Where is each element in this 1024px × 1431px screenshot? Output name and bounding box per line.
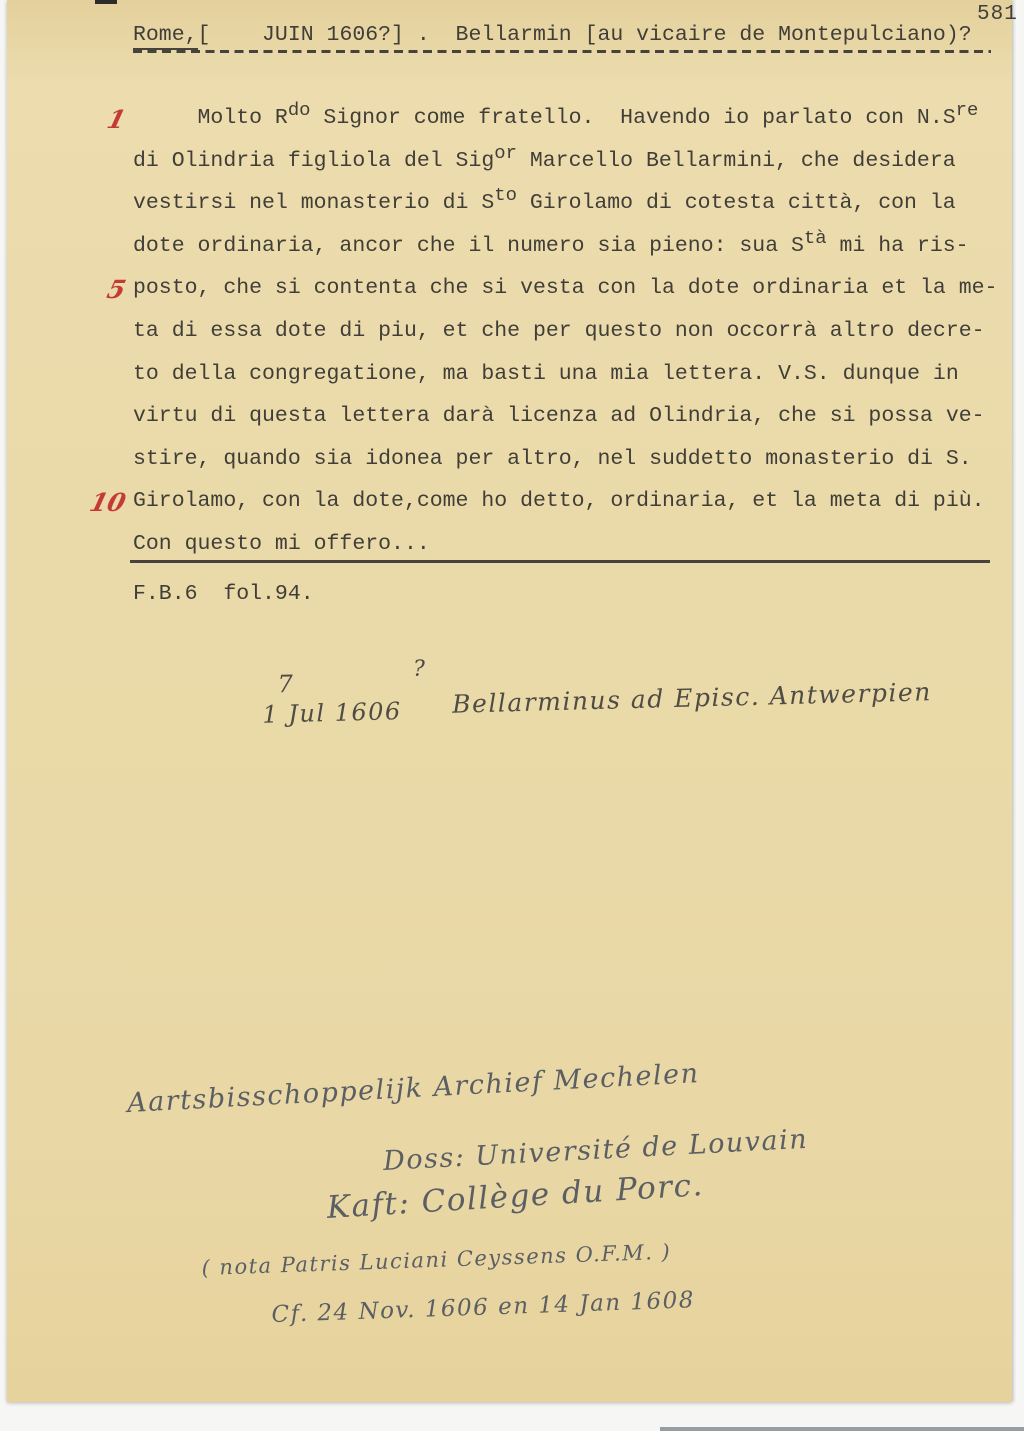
archive-note-line: ( nota Patris Luciani Ceyssens O.F.M. ) [201,1240,671,1280]
archive-note-line: Doss: Université de Louvain [382,1124,808,1177]
archive-note: Aartsbisschoppelijk Archief MechelenDoss… [0,0,1024,1431]
scanned-letter-page: 581 Rome,[ JUIN 1606?] . Bellarmin [au v… [0,0,1024,1431]
archive-note-line: Aartsbisschoppelijk Archief Mechelen [126,1058,700,1119]
archive-note-line: Cf. 24 Nov. 1606 en 14 Jan 1608 [271,1287,695,1328]
archive-note-line: Kaft: Collège du Porc. [326,1167,705,1226]
